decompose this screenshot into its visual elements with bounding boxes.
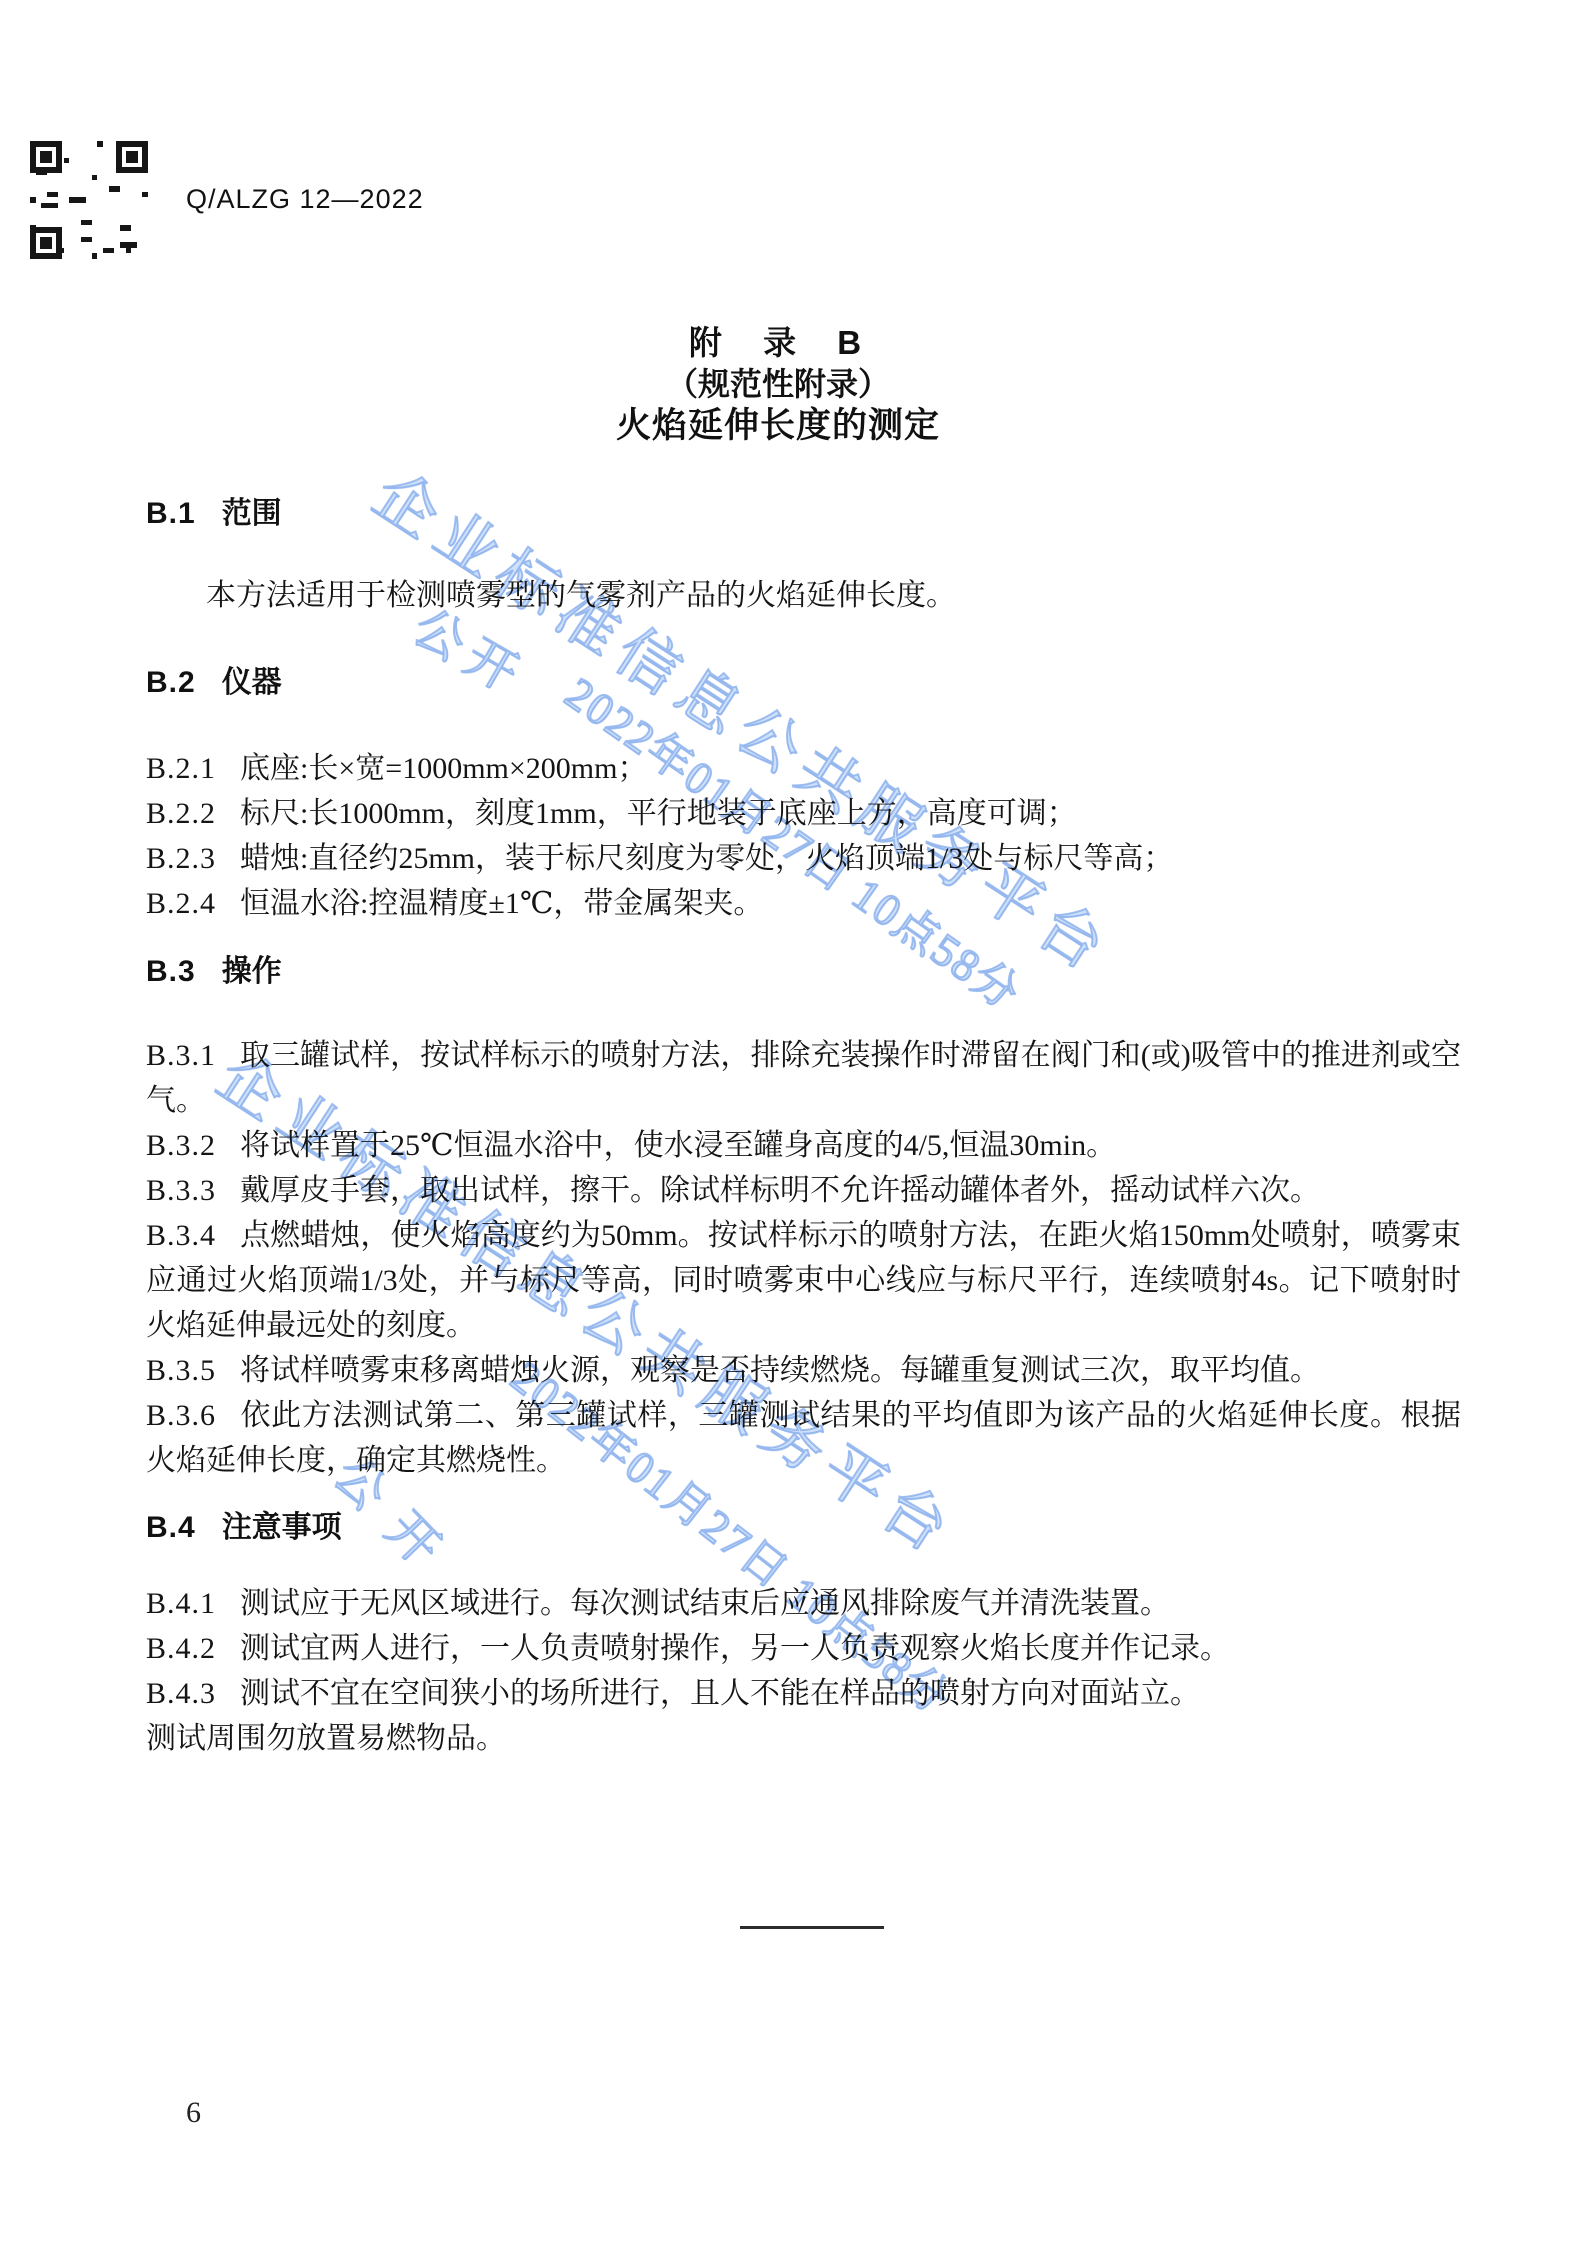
section-heading-b1: B.1范围: [146, 495, 282, 533]
document-page: 企业标准信息公共服务平台 公开 2022年01月27日 10点58分 企业标准信…: [0, 0, 1588, 2245]
doc-number: Q/ALZG 12—2022: [186, 184, 424, 215]
section-number: B.3: [146, 955, 196, 988]
clause-b33: B.3.3戴厚皮手套，取出试样，擦干。除试样标明不允许摇动罐体者外，摇动试样六次…: [146, 1168, 1461, 1213]
clause-text: 点燃蜡烛，使火焰高度约为50mm。按试样标示的喷射方法，在距火焰150mm处喷射…: [146, 1219, 1461, 1342]
paragraph-b4-extra: 测试周围勿放置易燃物品。: [146, 1716, 1461, 1761]
qr-finder-top-right: [116, 141, 148, 173]
clause-number: B.3.5: [146, 1354, 216, 1387]
clause-text: 标尺:长1000mm，刻度1mm，平行地装于底座上方，高度可调；: [240, 797, 1077, 830]
clause-number: B.3.6: [146, 1399, 216, 1432]
appendix-title-line1: 附 录 B: [110, 322, 1446, 364]
section-heading-b4: B.4注意事项: [146, 1509, 342, 1547]
section-heading-b2: B.2仪器: [146, 664, 282, 702]
clause-b35: B.3.5将试样喷雾束移离蜡烛火源，观察是否持续燃烧。每罐重复测试三次，取平均值…: [146, 1348, 1461, 1393]
clause-number: B.4.1: [146, 1587, 216, 1620]
end-divider: [740, 1926, 884, 1929]
clause-b34: B.3.4点燃蜡烛，使火焰高度约为50mm。按试样标示的喷射方法，在距火焰150…: [146, 1213, 1461, 1348]
clause-number: B.2.2: [146, 797, 216, 830]
clause-b42: B.4.2测试宜两人进行，一人负责喷射操作，另一人负责观察火焰长度并作记录。: [146, 1626, 1461, 1671]
clause-text: 测试宜两人进行，一人负责喷射操作，另一人负责观察火焰长度并作记录。: [240, 1632, 1230, 1665]
section-number: B.2: [146, 666, 196, 699]
clause-b43: B.4.3测试不宜在空间狭小的场所进行，且人不能在样品的喷射方向对面站立。: [146, 1671, 1461, 1716]
clause-number: B.3.4: [146, 1219, 216, 1252]
qr-finder-bottom-left: [30, 227, 62, 259]
clause-text: 取三罐试样，按试样标示的喷射方法，排除充装操作时滞留在阀门和(或)吸管中的推进剂…: [146, 1039, 1461, 1117]
clause-b21: B.2.1底座:长×宽=1000mm×200mm；: [146, 746, 1461, 791]
clause-text: 测试不宜在空间狭小的场所进行，且人不能在样品的喷射方向对面站立。: [240, 1677, 1200, 1710]
section-heading-b3: B.3操作: [146, 953, 282, 991]
clause-number: B.3.2: [146, 1129, 216, 1162]
clause-number: B.3.3: [146, 1174, 216, 1207]
clause-b23: B.2.3蜡烛:直径约25mm，装于标尺刻度为零处，火焰顶端1/3处与标尺等高；: [146, 836, 1461, 881]
section-title: 操作: [222, 955, 282, 988]
clause-b24: B.2.4恒温水浴:控温精度±1℃，带金属架夹。: [146, 881, 1461, 926]
section-number: B.4: [146, 1511, 196, 1544]
clause-text: 测试应于无风区域进行。每次测试结束后应通风排除废气并清洗装置。: [240, 1587, 1170, 1620]
section-title: 仪器: [222, 666, 282, 699]
clause-b36: B.3.6依此方法测试第二、第三罐试样，三罐测试结果的平均值即为该产品的火焰延伸…: [146, 1393, 1461, 1483]
clause-number: B.3.1: [146, 1039, 216, 1072]
qr-code: [28, 139, 150, 261]
clause-text: 蜡烛:直径约25mm，装于标尺刻度为零处，火焰顶端1/3处与标尺等高；: [240, 842, 1173, 875]
paragraph-b1-scope: 本方法适用于检测喷雾型的气雾剂产品的火焰延伸长度。: [146, 573, 1461, 618]
clause-number: B.4.3: [146, 1677, 216, 1710]
clause-text: 恒温水浴:控温精度±1℃，带金属架夹。: [240, 887, 763, 920]
clause-text: 将试样置于25℃恒温水浴中，使水浸至罐身高度的4/5,恒温30min。: [240, 1129, 1116, 1162]
clause-b31: B.3.1取三罐试样，按试样标示的喷射方法，排除充装操作时滞留在阀门和(或)吸管…: [146, 1033, 1461, 1123]
clause-number: B.2.3: [146, 842, 216, 875]
clause-text: 戴厚皮手套，取出试样，擦干。除试样标明不允许摇动罐体者外，摇动试样六次。: [240, 1174, 1320, 1207]
page-number: 6: [186, 2096, 201, 2130]
clause-text: 底座:长×宽=1000mm×200mm；: [240, 752, 647, 785]
clause-number: B.2.1: [146, 752, 216, 785]
clause-b41: B.4.1测试应于无风区域进行。每次测试结束后应通风排除废气并清洗装置。: [146, 1581, 1461, 1626]
section-title: 范围: [222, 497, 282, 530]
appendix-title: 附 录 B （规范性附录） 火焰延伸长度的测定: [110, 322, 1446, 448]
qr-finder-top-left: [30, 141, 62, 173]
appendix-title-line2: （规范性附录）: [110, 364, 1446, 404]
clause-b32: B.3.2将试样置于25℃恒温水浴中，使水浸至罐身高度的4/5,恒温30min。: [146, 1123, 1461, 1168]
section-number: B.1: [146, 497, 196, 530]
appendix-title-line3: 火焰延伸长度的测定: [110, 404, 1446, 448]
clause-text: 将试样喷雾束移离蜡烛火源，观察是否持续燃烧。每罐重复测试三次，取平均值。: [240, 1354, 1320, 1387]
clause-number: B.4.2: [146, 1632, 216, 1665]
clause-number: B.2.4: [146, 887, 216, 920]
clause-b22: B.2.2标尺:长1000mm，刻度1mm，平行地装于底座上方，高度可调；: [146, 791, 1461, 836]
clause-text: 依此方法测试第二、第三罐试样，三罐测试结果的平均值即为该产品的火焰延伸长度。根据…: [146, 1399, 1461, 1477]
section-title: 注意事项: [222, 1511, 342, 1544]
